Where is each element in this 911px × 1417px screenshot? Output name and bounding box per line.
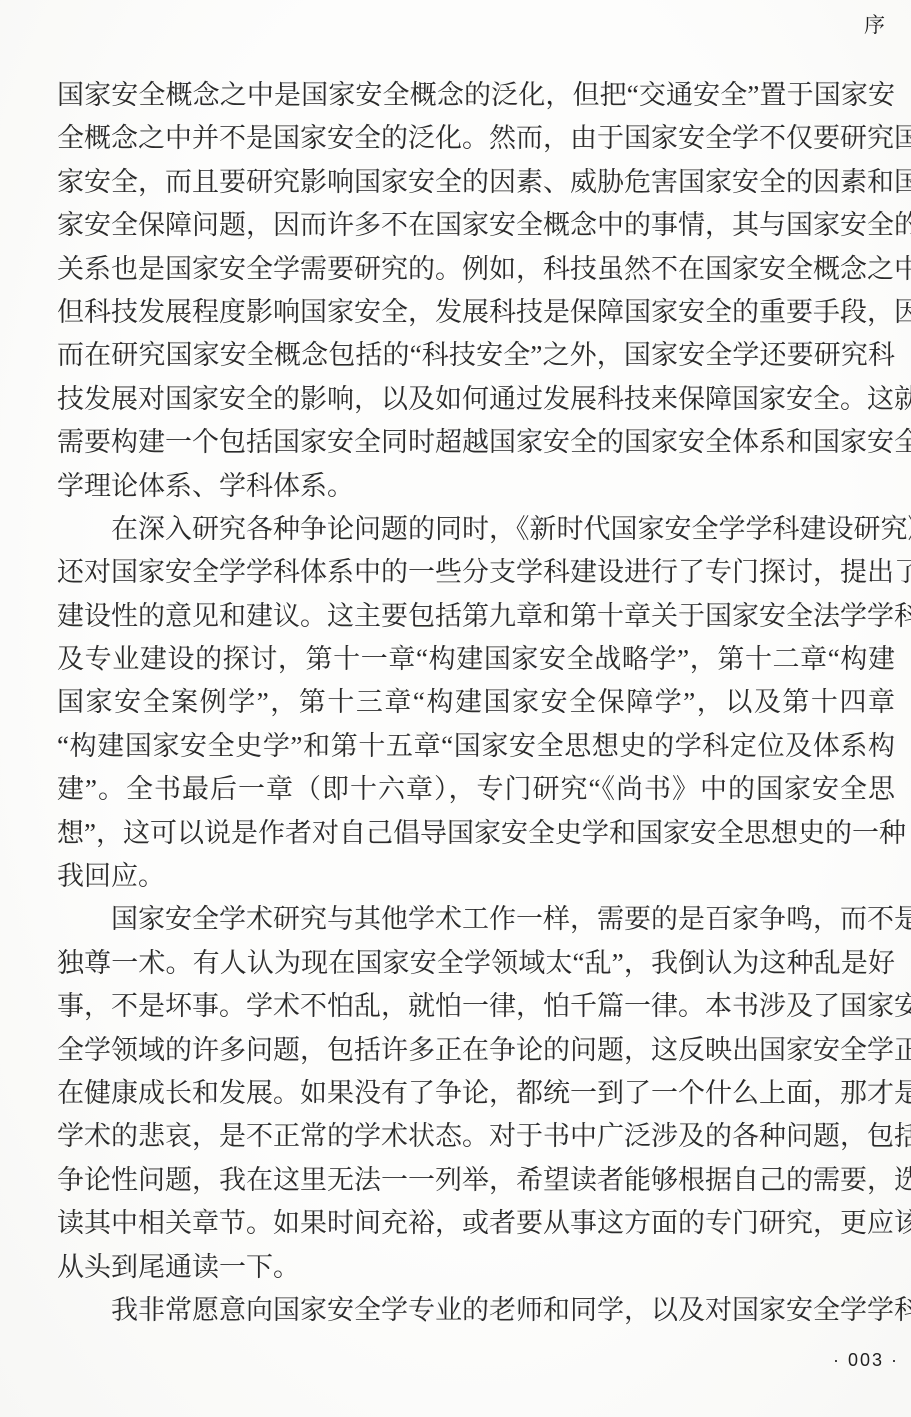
text-line: 想”，这可以说是作者对自己倡导国家安全史学和国家安全思想史的一种自: [57, 812, 895, 855]
text-line: 事，不是坏事。学术不怕乱，就怕一律，怕千篇一律。本书涉及了国家安: [57, 985, 895, 1028]
text-line: 读其中相关章节。如果时间充裕，或者要从事这方面的专门研究，更应该: [57, 1202, 895, 1245]
text-line: 技发展对国家安全的影响，以及如何通过发展科技来保障国家安全。这就: [57, 378, 895, 421]
text-line: 国家安全案例学”，第十三章“构建国家安全保障学”，以及第十四章: [57, 681, 895, 724]
text-line: 在深入研究各种争论问题的同时，《新时代国家安全学学科建设研究》: [57, 508, 895, 551]
text-line: 独尊一术。有人认为现在国家安全学领域太“乱”，我倒认为这种乱是好: [57, 942, 895, 985]
text-line: 学术的悲哀，是不正常的学术状态。对于书中广泛涉及的各种问题，包括: [57, 1115, 895, 1158]
text-line: 国家安全学术研究与其他学术工作一样，需要的是百家争鸣，而不是: [57, 898, 895, 941]
page-number: · 003 ·: [833, 1350, 899, 1371]
text-line: 关系也是国家安全学需要研究的。例如，科技虽然不在国家安全概念之中，: [57, 248, 895, 291]
book-page: 序 国家安全概念之中是国家安全概念的泛化，但把“交通安全”置于国家安 全概念之中…: [0, 0, 911, 1417]
text-line: 全概念之中并不是国家安全的泛化。然而，由于国家安全学不仅要研究国: [57, 117, 895, 160]
text-line: 在健康成长和发展。如果没有了争论，都统一到了一个什么上面，那才是: [57, 1072, 895, 1115]
text-line: 但科技发展程度影响国家安全，发展科技是保障国家安全的重要手段，因: [57, 291, 895, 334]
paragraph: 在深入研究各种争论问题的同时，《新时代国家安全学学科建设研究》 还对国家安全学学…: [57, 508, 895, 899]
text-line: “构建国家安全史学”和第十五章“国家安全思想史的学科定位及体系构: [57, 725, 895, 768]
text-line: 建”。全书最后一章（即十六章），专门研究“《尚书》中的国家安全思: [57, 768, 895, 811]
page-header-title: 序: [864, 9, 886, 39]
text-line: 及专业建设的探讨，第十一章“构建国家安全战略学”，第十二章“构建: [57, 638, 895, 681]
text-line: 需要构建一个包括国家安全同时超越国家安全的国家安全体系和国家安全: [57, 421, 895, 464]
text-line: 还对国家安全学学科体系中的一些分支学科建设进行了专门探讨，提出了: [57, 551, 895, 594]
text-line: 争论性问题，我在这里无法一一列举，希望读者能够根据自己的需要，选: [57, 1159, 895, 1202]
text-line: 学理论体系、学科体系。: [57, 465, 895, 508]
text-line: 家安全保障问题，因而许多不在国家安全概念中的事情，其与国家安全的: [57, 204, 895, 247]
text-line: 家安全，而且要研究影响国家安全的因素、威胁危害国家安全的因素和国: [57, 161, 895, 204]
text-line: 我回应。: [57, 855, 895, 898]
text-line: 建设性的意见和建议。这主要包括第九章和第十章关于国家安全法学学科: [57, 595, 895, 638]
text-line: 国家安全概念之中是国家安全概念的泛化，但把“交通安全”置于国家安: [57, 74, 895, 117]
text-line: 从头到尾通读一下。: [57, 1246, 895, 1289]
paragraph: 国家安全概念之中是国家安全概念的泛化，但把“交通安全”置于国家安 全概念之中并不…: [57, 74, 895, 508]
text-line: 全学领域的许多问题，包括许多正在争论的问题，这反映出国家安全学正: [57, 1029, 895, 1072]
body-text: 国家安全概念之中是国家安全概念的泛化，但把“交通安全”置于国家安 全概念之中并不…: [57, 74, 895, 1332]
paragraph: 我非常愿意向国家安全学专业的老师和同学，以及对国家安全学学科: [57, 1289, 895, 1332]
text-line: 而在研究国家安全概念包括的“科技安全”之外，国家安全学还要研究科: [57, 334, 895, 377]
paragraph: 国家安全学术研究与其他学术工作一样，需要的是百家争鸣，而不是 独尊一术。有人认为…: [57, 898, 895, 1289]
text-line: 我非常愿意向国家安全学专业的老师和同学，以及对国家安全学学科: [57, 1289, 895, 1332]
